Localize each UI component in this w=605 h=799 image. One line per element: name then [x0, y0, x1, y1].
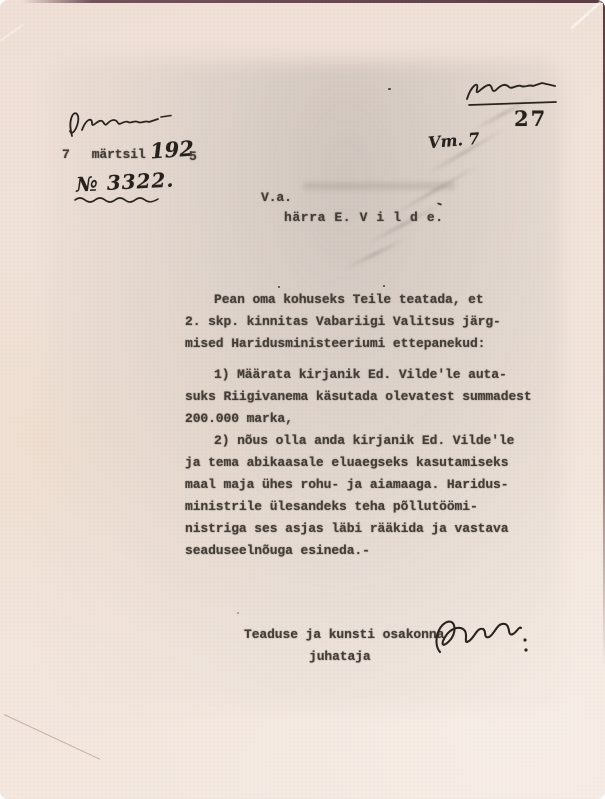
date-year-typed: 5	[189, 149, 197, 164]
closing-department: Teaduse ja kunsti osakonna	[244, 627, 444, 642]
letter-line: ja tema abikaasale eluaegseks kasutamise…	[185, 452, 532, 474]
registry-number-handwritten: № 3322.	[75, 167, 174, 196]
letter-body: Pean oma kohuseks Teile teatada, et 2. s…	[185, 289, 532, 562]
dust-speck	[388, 88, 391, 90]
salutation-prefix: V.a.	[261, 190, 292, 205]
date-day: 7	[62, 147, 70, 162]
salutation-name: härra E. V i l d e.	[284, 210, 444, 225]
letter-line: 1) Määrata kirjanik Ed. Vilde'le auta-	[185, 364, 532, 386]
corner-crease	[571, 1, 602, 29]
letter-line: nistriga ses asjas läbi rääkida ja vasta…	[185, 518, 532, 540]
date-month: märtsil	[92, 147, 146, 162]
dust-speck	[278, 286, 280, 288]
letter-line: seaduseelnõuga esineda.-	[185, 540, 532, 562]
letter-line: 200.000 marka,	[185, 408, 532, 430]
photo-print: 7märtsil 192 5 № 3322. 27 Vm. 7 V.a. här…	[0, 0, 605, 799]
scratch-line	[4, 714, 100, 760]
approval-signature-scrawl	[462, 77, 560, 109]
department-head-signature	[430, 606, 530, 668]
letter-line: maal maja ühes rohu- ja aiamaaga. Haridu…	[185, 474, 532, 496]
ghost-text-smudge	[302, 182, 455, 190]
registry-number-underline	[74, 195, 160, 205]
date-year-handwritten: 192	[149, 136, 194, 164]
letter-line: Pean oma kohuseks Teile teatada, et	[185, 289, 532, 311]
date-line: 7märtsil	[62, 147, 146, 162]
dust-speck	[383, 285, 385, 287]
page-number-handwritten: 27	[514, 106, 547, 131]
letter-line: suks Riigivanema käsutada olevatest summ…	[185, 386, 532, 408]
letter-line: ministrile ülesandeks teha põllutöömi-	[185, 496, 532, 518]
photo-edge-top	[22, 0, 605, 3]
letter-line: 2) nõus olla anda kirjanik Ed. Vilde'le	[185, 430, 532, 452]
letter-line: mised Haridusministeeriumi ettepanekud:	[185, 333, 532, 355]
corner-crease	[0, 24, 24, 41]
closing-title: juhataja	[309, 649, 371, 664]
dust-speck	[237, 612, 239, 614]
letter-line: 2. skp. kinnitas Vabariigi Valitsus järg…	[185, 311, 532, 333]
